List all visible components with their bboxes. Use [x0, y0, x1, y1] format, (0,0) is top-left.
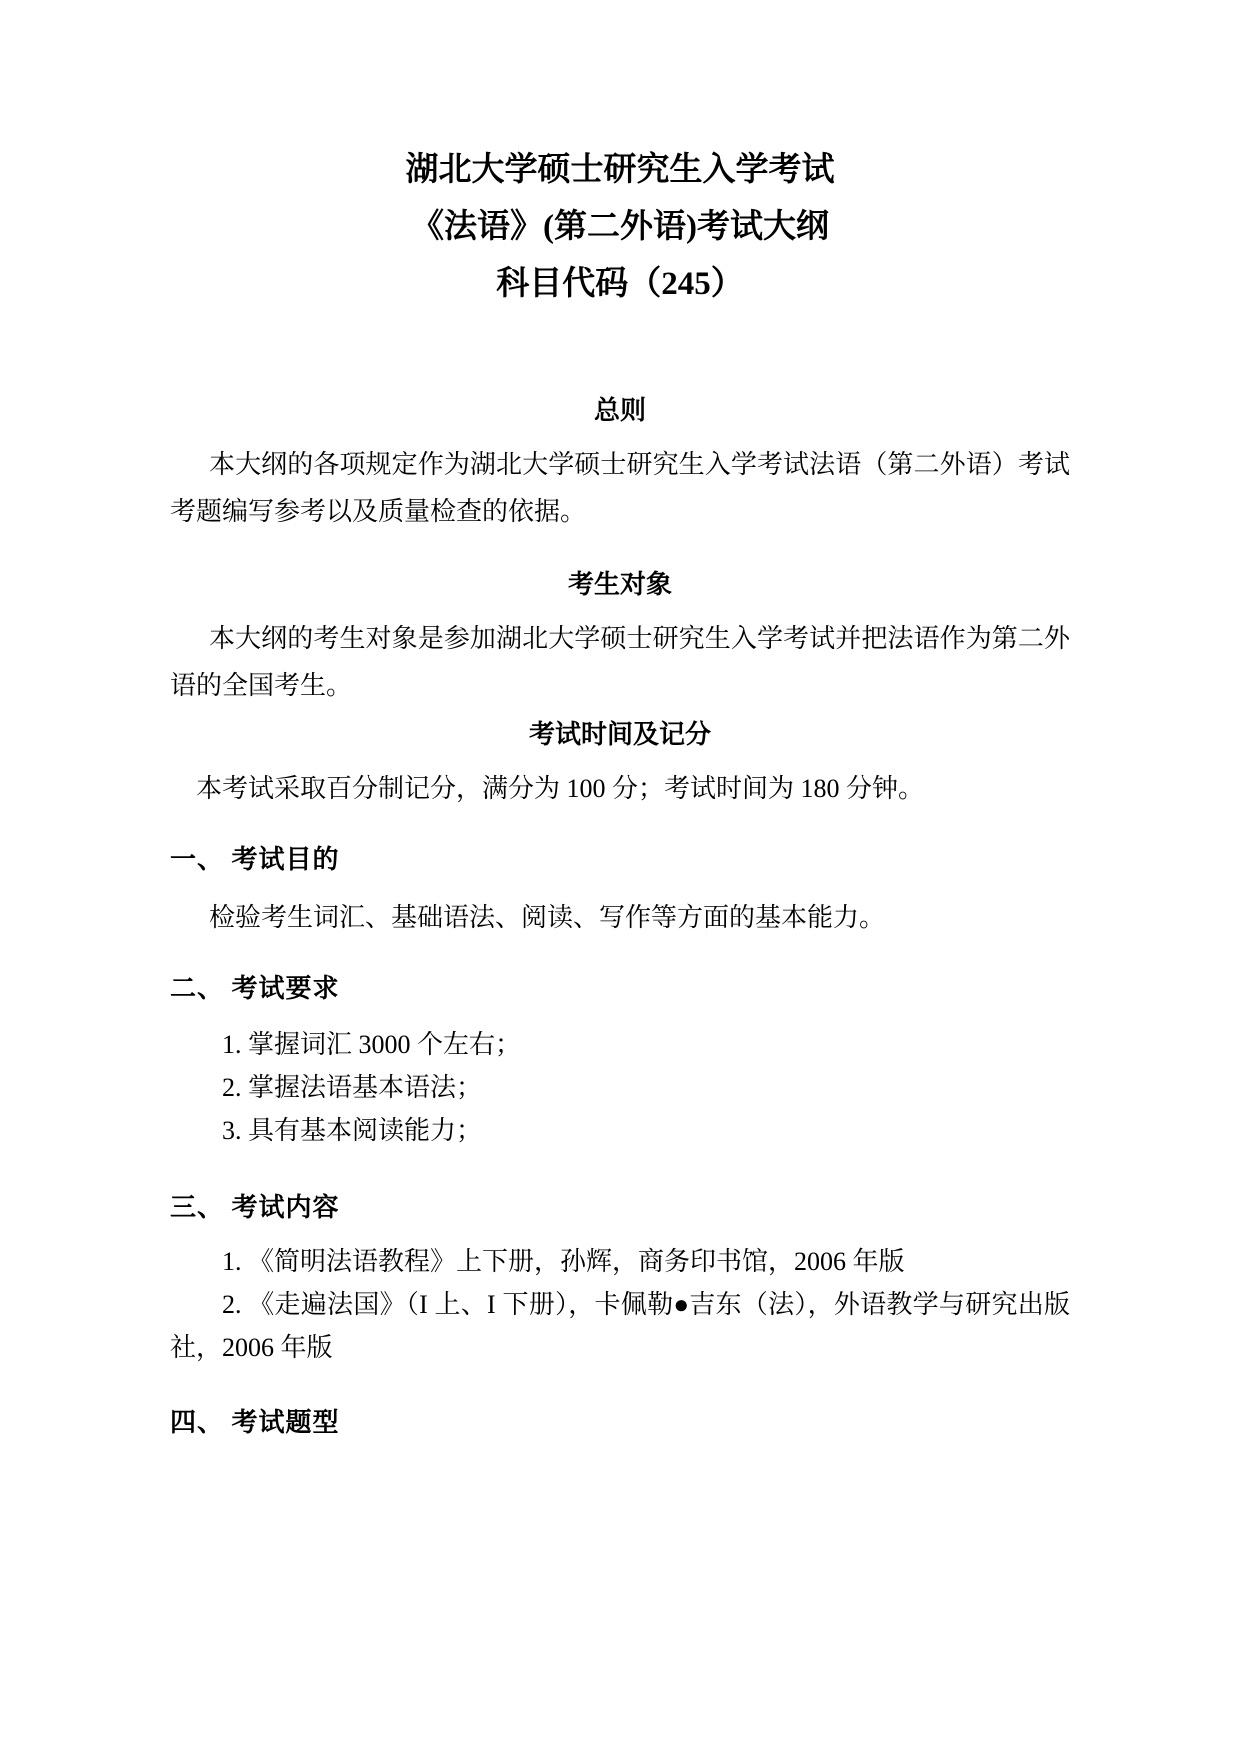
exam-content-list: 1. 《简明法语教程》上下册，孙辉，商务印书馆，2006 年版 2. 《走遍法国… — [170, 1240, 1070, 1369]
requirement-item: 1. 掌握词汇 3000 个左右； — [170, 1023, 1070, 1066]
paragraph-exam-purpose: 检验考生词汇、基础语法、阅读、写作等方面的基本能力。 — [170, 894, 1070, 941]
paragraph-general: 本大纲的各项规定作为湖北大学硕士研究生入学考试法语（第二外语）考试考题编写参考以… — [170, 441, 1070, 535]
content-item: 1. 《简明法语教程》上下册，孙辉，商务印书馆，2006 年版 — [170, 1240, 1070, 1283]
requirement-item: 2. 掌握法语基本语法； — [170, 1066, 1070, 1109]
doc-title-line-1: 湖北大学硕士研究生入学考试 — [170, 142, 1070, 199]
section-heading-exam-content: 三、 考试内容 — [170, 1190, 1070, 1226]
document-title-block: 湖北大学硕士研究生入学考试 《法语》(第二外语)考试大纲 科目代码（245） — [170, 142, 1070, 313]
requirement-item: 3. 具有基本阅读能力； — [170, 1109, 1070, 1152]
doc-title-line-3: 科目代码（245） — [170, 256, 1070, 313]
section-heading-exam-requirements: 二、 考试要求 — [170, 971, 1070, 1007]
section-heading-candidates: 考生对象 — [170, 567, 1070, 603]
content-item: 2. 《走遍法国》（I 上、I 下册），卡佩勒●吉东（法），外语教学与研究出版社… — [170, 1283, 1070, 1369]
section-heading-general: 总则 — [170, 393, 1070, 429]
exam-requirements-list: 1. 掌握词汇 3000 个左右； 2. 掌握法语基本语法； 3. 具有基本阅读… — [170, 1023, 1070, 1152]
document-page: 湖北大学硕士研究生入学考试 《法语》(第二外语)考试大纲 科目代码（245） 总… — [0, 0, 1240, 1754]
paragraph-time-scoring: 本考试采取百分制记分，满分为 100 分；考试时间为 180 分钟。 — [170, 765, 1070, 812]
paragraph-candidates: 本大纲的考生对象是参加湖北大学硕士研究生入学考试并把法语作为第二外语的全国考生。 — [170, 615, 1070, 709]
section-heading-exam-purpose: 一、 考试目的 — [170, 842, 1070, 878]
section-heading-question-types: 四、 考试题型 — [170, 1405, 1070, 1441]
section-heading-time-scoring: 考试时间及记分 — [170, 717, 1070, 753]
doc-title-line-2: 《法语》(第二外语)考试大纲 — [170, 199, 1070, 256]
